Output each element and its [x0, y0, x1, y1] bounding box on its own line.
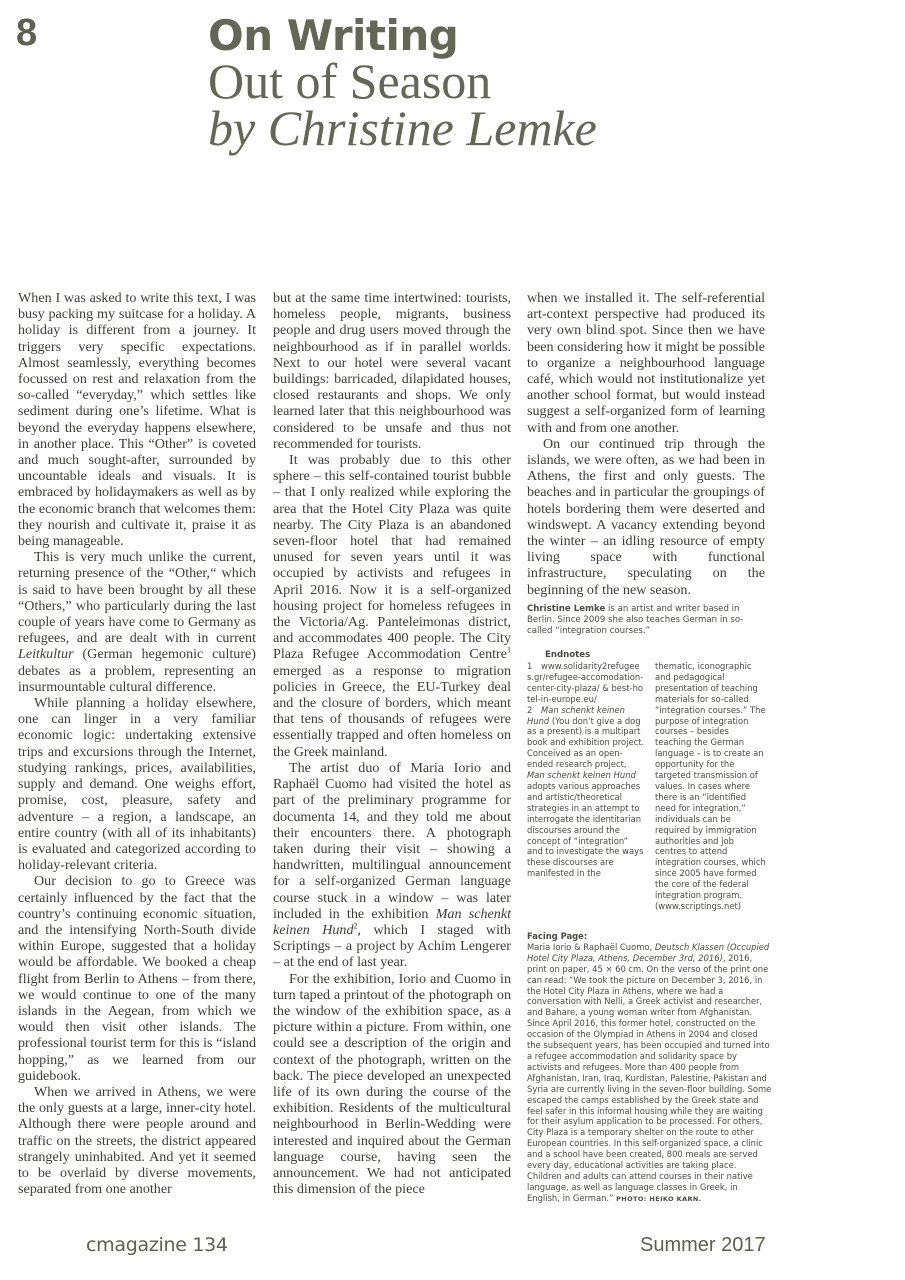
endnote-1: 1www.solidarity2refugees.gr/refugee-acco… — [527, 661, 645, 705]
paragraph: The artist duo of Maria Iorio and Raphaë… — [273, 760, 511, 971]
photo-credit: PHOTO: HEIKO KARN. — [616, 1195, 702, 1203]
author-name: Christine Lemke — [527, 604, 605, 614]
paragraph: when we installed it. The self-referenti… — [527, 290, 765, 436]
italic-term: Leitkultur — [18, 646, 74, 662]
paragraph: On our continued trip through the island… — [527, 436, 765, 598]
endnote-text: adopts various approaches and artistic/t… — [527, 781, 643, 878]
paragraph: This is very much unlike the current, re… — [18, 549, 256, 695]
caption-text: , 2016, print on paper, 45 × 60 cm. On t… — [527, 953, 771, 1203]
article-column-2: but at the same time intertwined: touris… — [273, 290, 511, 1197]
paragraph: When I was asked to write this text, I w… — [18, 290, 256, 549]
article-column-3: when we installed it. The self-referenti… — [527, 290, 765, 598]
italic-title: Man schenkt keinen Hund — [527, 770, 636, 780]
section-kicker: On Writing — [208, 14, 597, 58]
paragraph-text: emerged as a response to migration polic… — [273, 663, 511, 760]
facing-page-caption: Facing Page:Maria Iorio & Raphaël Cuomo,… — [527, 931, 772, 1205]
paragraph-text: This is very much unlike the current, re… — [18, 549, 256, 646]
author-bio: Christine Lemke is an artist and writer … — [527, 604, 765, 637]
paragraph: It was probably due to this other sphere… — [273, 452, 511, 760]
footnote-ref[interactable]: 1 — [507, 646, 511, 655]
article-byline: by Christine Lemke — [208, 104, 597, 152]
endnote-number: 1 — [527, 661, 541, 672]
endnote-continued: thematic, iconographic and pedagogical p… — [655, 661, 767, 912]
publication-name: cmagazine 134 — [86, 1234, 228, 1256]
endnote-number: 2 — [527, 705, 541, 716]
paragraph: Our decision to go to Greece was certain… — [18, 873, 256, 1084]
endnotes-column-2: thematic, iconographic and pedagogical p… — [655, 661, 767, 912]
endnote-2: 2Man schenkt keinen Hund (You don’t give… — [527, 705, 645, 880]
paragraph: For the exhibition, Iorio and Cuomo in t… — [273, 971, 511, 1198]
endnotes-column-1: 1www.solidarity2refugees.gr/refugee-acco… — [527, 661, 645, 879]
endnotes-heading: Endnotes — [545, 650, 590, 660]
caption-label: Facing Page: — [527, 931, 772, 942]
paragraph: When we arrived in Athens, we were the o… — [18, 1084, 256, 1197]
article-header: On Writing Out of Season by Christine Le… — [208, 14, 597, 152]
paragraph-text: The artist duo of Maria Iorio and Raphaë… — [273, 760, 511, 922]
paragraph: but at the same time intertwined: touris… — [273, 290, 511, 452]
article-title: Out of Season — [208, 58, 597, 104]
paragraph: While planning a holiday elsewhere, one … — [18, 695, 256, 873]
page-number: 8 — [16, 14, 37, 52]
endnote-link[interactable]: www.solidarity2refugees.gr/refugee-accom… — [527, 661, 643, 704]
article-column-1: When I was asked to write this text, I w… — [18, 290, 256, 1197]
issue-date: Summer 2017 — [640, 1234, 766, 1257]
caption-artists: Maria Iorio & Raphaël Cuomo, — [527, 942, 655, 952]
paragraph-text: It was probably due to this other sphere… — [273, 452, 511, 662]
